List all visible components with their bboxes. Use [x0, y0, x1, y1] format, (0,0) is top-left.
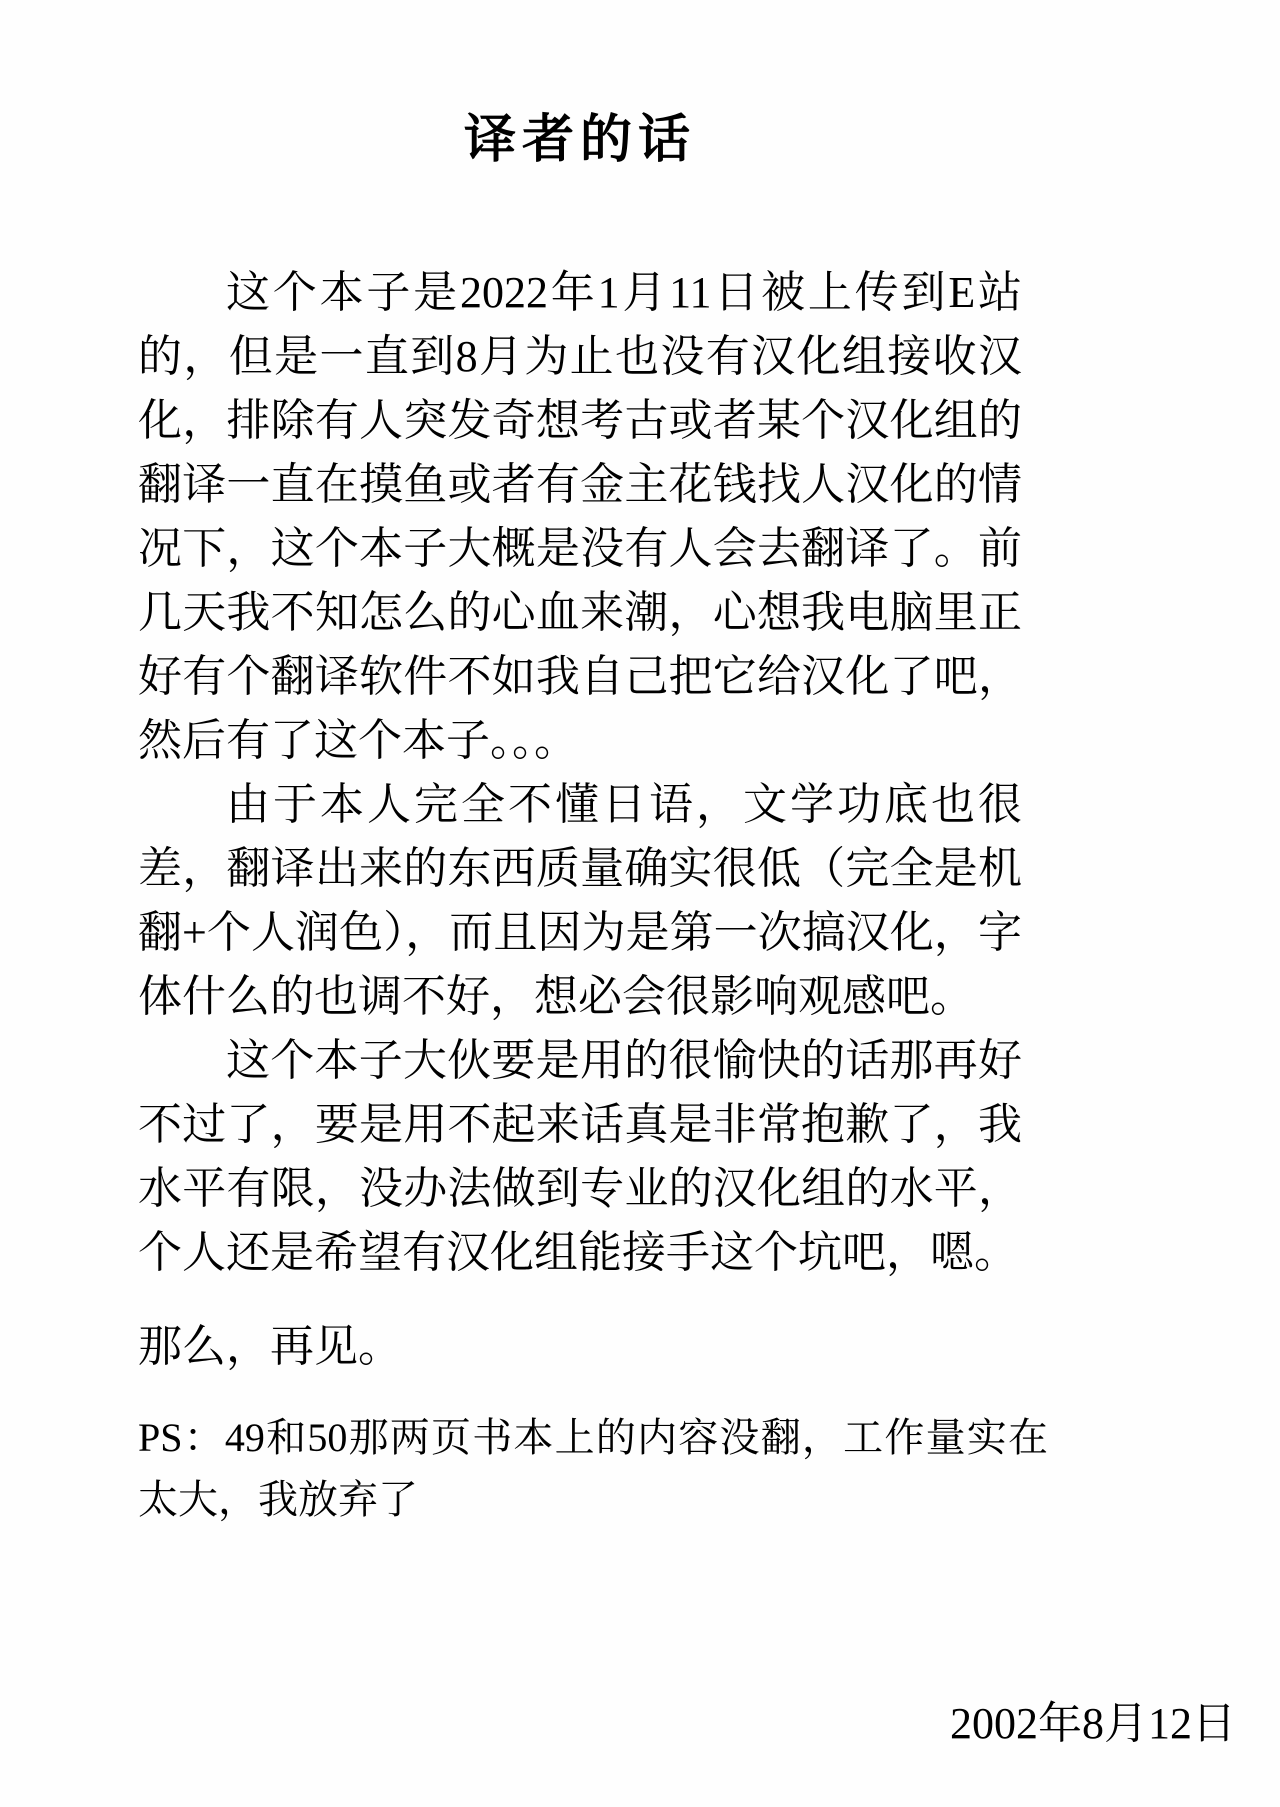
- document-page: 译者的话 这个本子是2022年1月11日被上传到E站的，但是一直到8月为止也没有…: [0, 0, 1280, 1807]
- body-text: 这个本子是2022年1月11日被上传到E站的，但是一直到8月为止也没有汉化组接收…: [138, 261, 1022, 1285]
- farewell-text: 那么，再见。: [138, 1315, 1022, 1379]
- paragraph-1: 这个本子是2022年1月11日被上传到E站的，但是一直到8月为止也没有汉化组接收…: [138, 261, 1022, 773]
- page-title: 译者的话: [138, 0, 1022, 169]
- date-text: 2002年8月12日: [950, 1698, 1236, 1751]
- paragraph-2: 由于本人完全不懂日语，文学功底也很差，翻译出来的东西质量确实很低（完全是机翻+个…: [138, 773, 1022, 1029]
- paragraph-3: 这个本子大伙要是用的很愉快的话那再好不过了，要是用不起来话真是非常抱歉了，我水平…: [138, 1029, 1022, 1285]
- postscript-text: PS：49和50那两页书本上的内容没翻，工作量实在太大，我放弃了: [138, 1407, 1048, 1531]
